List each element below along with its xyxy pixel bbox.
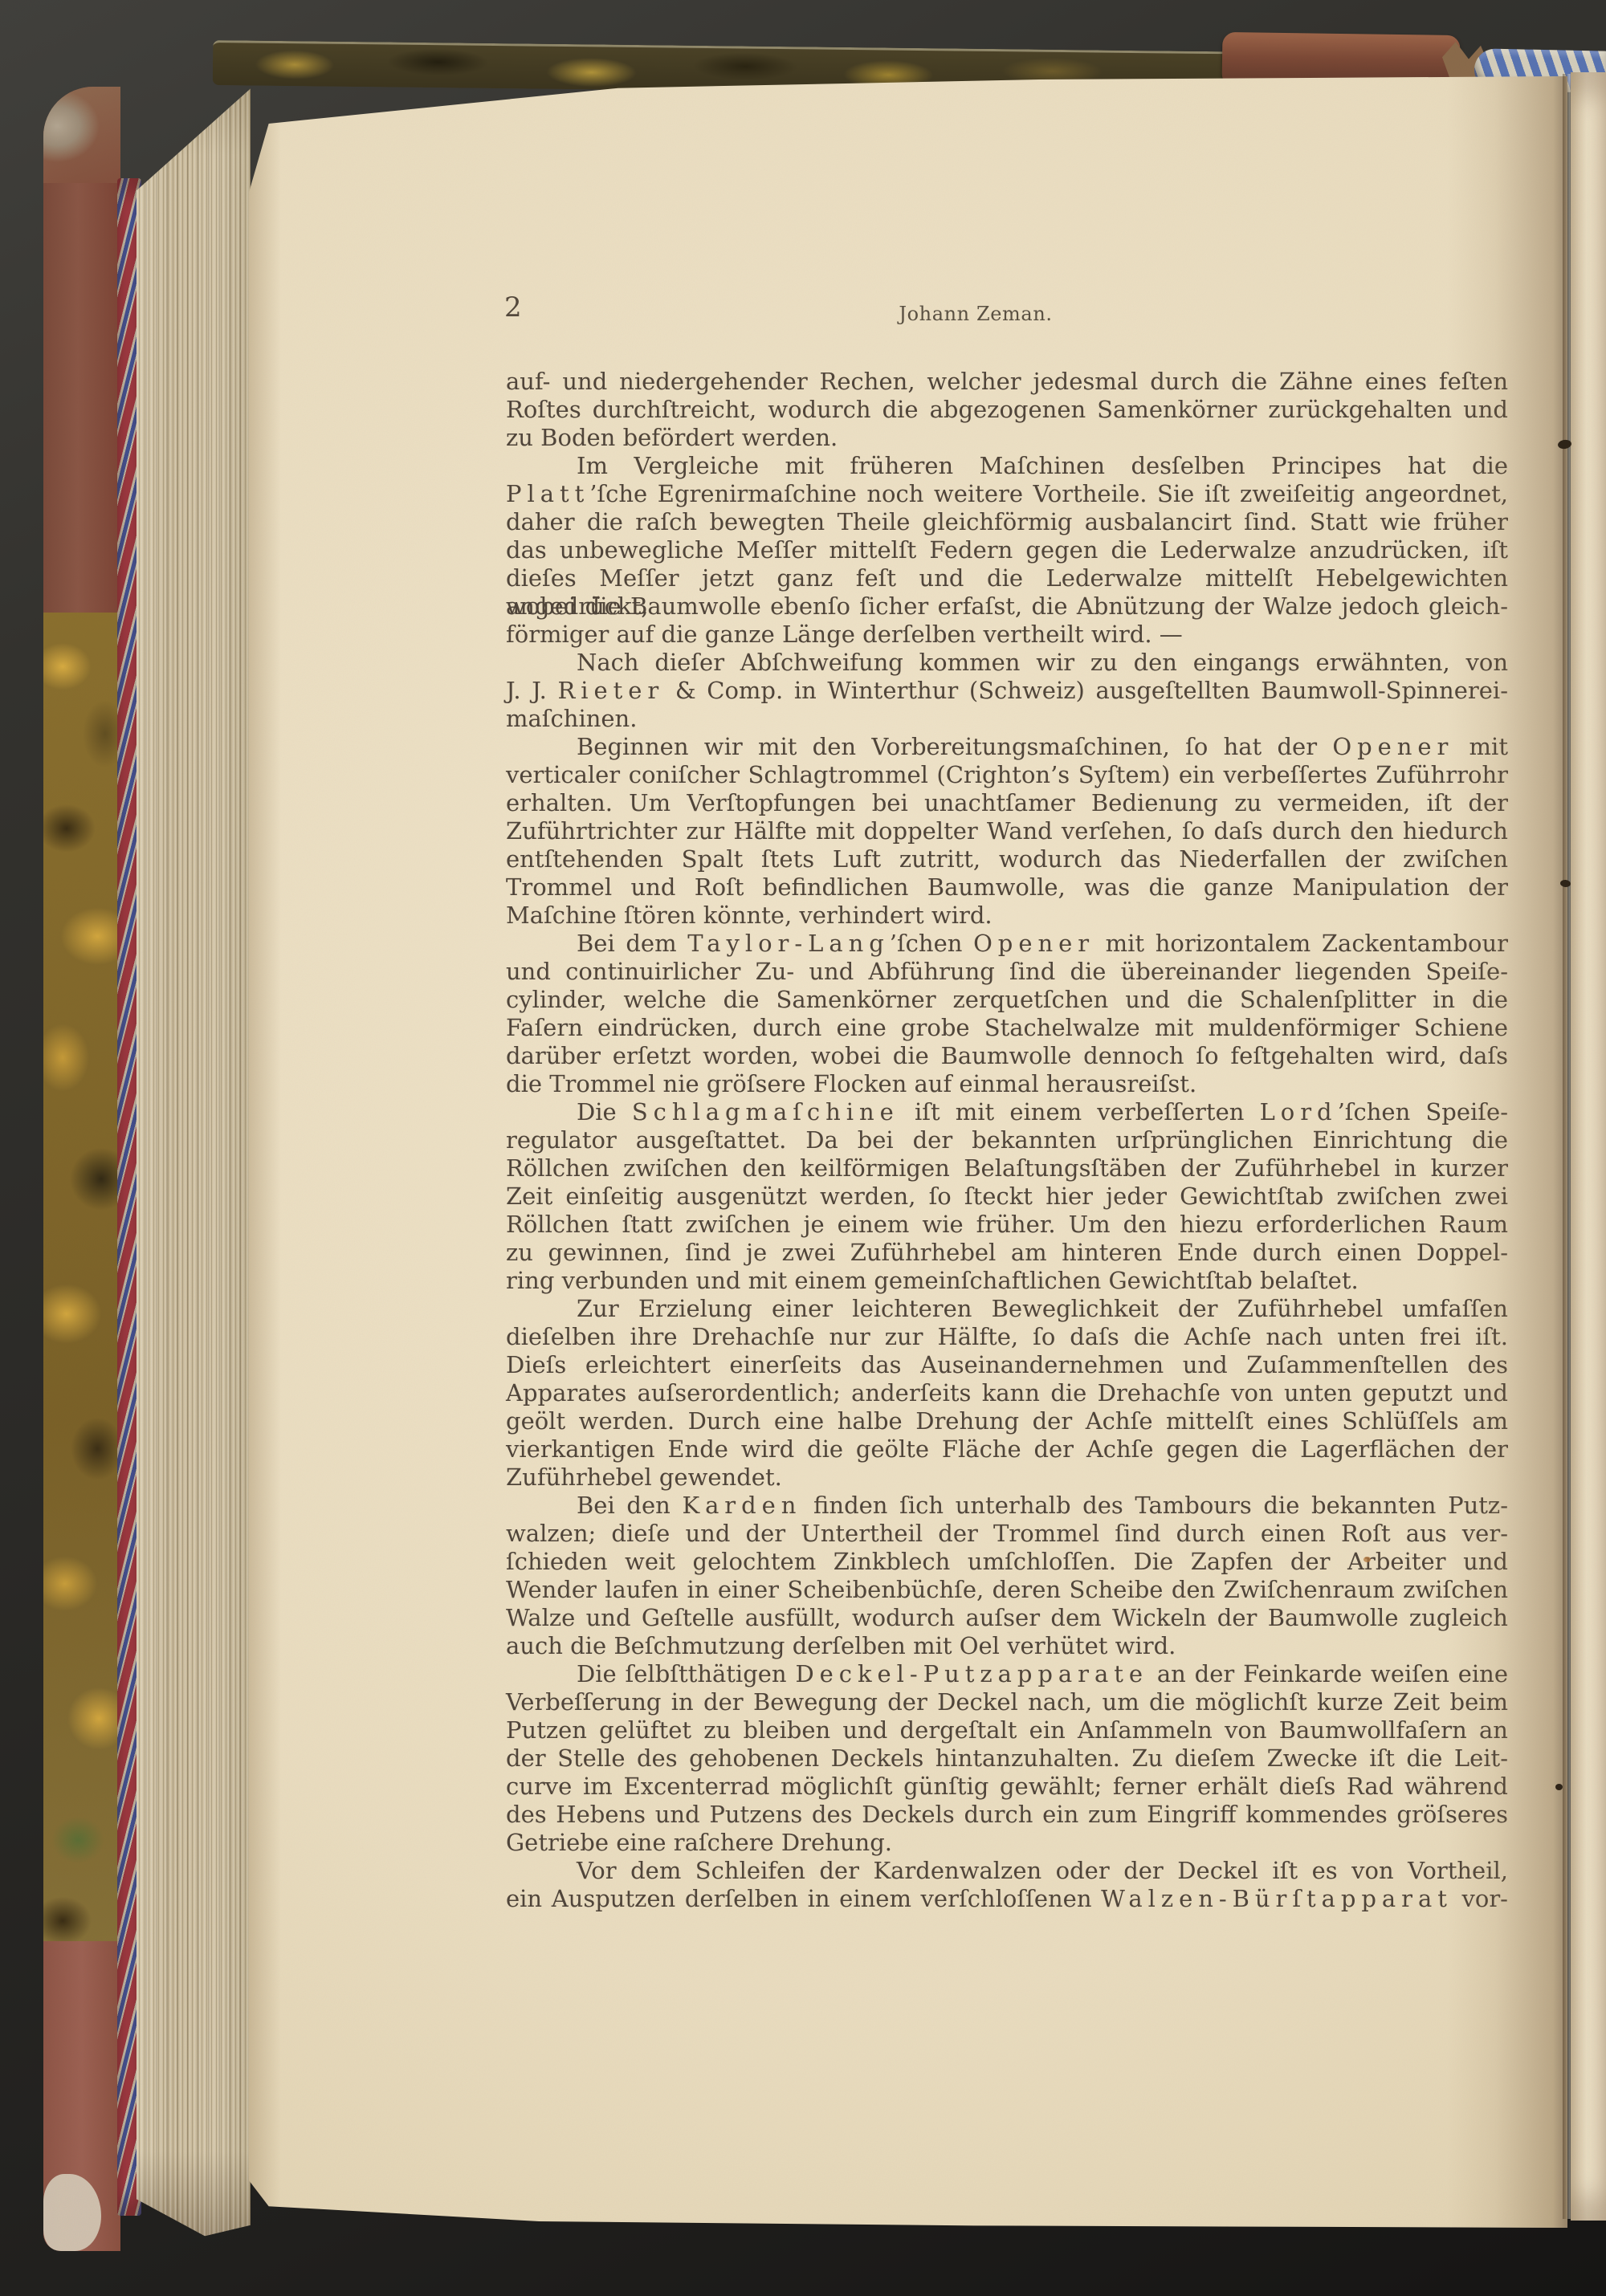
text-line: auch die Beſchmutzung derſelben mit Oel … — [506, 1632, 1508, 1660]
text-line: Faſern eindrücken, durch eine grobe Stac… — [506, 1014, 1508, 1042]
text-line: ſchieden weit gelochtem Zinkblech umſchl… — [506, 1548, 1508, 1576]
binding-speck — [1555, 1784, 1563, 1790]
text-line: entſtehenden Spalt ſtets Luft zutritt, w… — [506, 845, 1508, 873]
text-line: Im Vergleiche mit früheren Maſchinen des… — [506, 452, 1508, 480]
text-line: Walze und Geſtelle ausfüllt, wodurch auſ… — [506, 1604, 1508, 1632]
paragraph: Nach dieſer Abſchweifung kommen wir zu d… — [506, 649, 1508, 733]
letterspaced-term: Walzen-Bürſtapparat — [1101, 1885, 1453, 1912]
page-fore-edge-stack — [137, 69, 251, 2238]
text-line: der Stelle des gehobenen Deckels hintanz… — [506, 1744, 1508, 1773]
text-line: Zuführtrichter zur Hälfte mit doppelter … — [506, 817, 1508, 845]
text-line: regulator ausgeſtattet. Da bei der bekan… — [506, 1126, 1508, 1154]
text-line: des Hebens und Putzens des Deckels durch… — [506, 1801, 1508, 1829]
book-cover-edge — [43, 87, 120, 2251]
text-line: Röllchen zwiſchen den keilförmigen Belaſ… — [506, 1154, 1508, 1183]
text-line: Bei den Karden finden ſich unterhalb des… — [506, 1492, 1508, 1520]
text-line: die Trommel nie gröſsere Flocken auf ein… — [506, 1070, 1508, 1098]
text-line: Zeit einſeitig ausgenützt werden, ſo ſte… — [506, 1183, 1508, 1211]
paragraph: Bei dem Taylor-Lang’ſchen Opener mit hor… — [506, 930, 1508, 1098]
text-line: Die ſelbſtthätigen Deckel-Putzapparate a… — [506, 1660, 1508, 1688]
paragraph: auf- und niedergehender Rechen, welcher … — [506, 368, 1508, 452]
text-line: das unbewegliche Meſſer mittelſt Federn … — [506, 536, 1508, 564]
letterspaced-term: Karden — [682, 1492, 801, 1519]
text-line: wobei die Baumwolle ebenſo ſicher erfaſs… — [506, 592, 1508, 621]
text-line: Wender laufen in einer Scheibenbüchſe, d… — [506, 1576, 1508, 1604]
foxing-spot — [1363, 1557, 1371, 1562]
open-book-page: 2 Johann Zeman. auf- und niedergehender … — [249, 76, 1567, 2228]
text-line: Die Schlagmaſchine iſt mit einem verbeſſ… — [506, 1098, 1508, 1126]
text-line: Beginnen wir mit den Vorbereitungsmaſchi… — [506, 733, 1508, 761]
running-header: Johann Zeman. — [506, 303, 1445, 325]
text-block: auf- und niedergehender Rechen, welcher … — [506, 368, 1508, 1913]
letterspaced-term: Taylor-Lang — [687, 930, 890, 957]
text-line: Zuführhebel gewendet. — [506, 1463, 1508, 1492]
text-line: vierkantigen Ende wird die geölte Fläche… — [506, 1435, 1508, 1463]
text-line: verticaler coniſcher Schlagtrommel (Crig… — [506, 761, 1508, 789]
text-line: Röllchen ſtatt zwiſchen je einem wie frü… — [506, 1211, 1508, 1239]
text-line: Platt’ſche Egrenirmaſchine noch weitere … — [506, 480, 1508, 508]
paragraph: Zur Erzielung einer leichteren Beweglich… — [506, 1295, 1508, 1492]
letterspaced-term: Lord — [1260, 1098, 1338, 1126]
paragraph: Im Vergleiche mit früheren Maſchinen des… — [506, 452, 1508, 649]
letterspaced-term: Opener — [1332, 733, 1453, 760]
page-curvature-shade — [249, 76, 281, 2228]
text-line: zu Boden befördert werden. — [506, 424, 1508, 452]
text-line: zu gewinnen, ſind je zwei Zuführhebel am… — [506, 1239, 1508, 1267]
text-line: Zur Erzielung einer leichteren Beweglich… — [506, 1295, 1508, 1323]
text-line: maſchinen. — [506, 705, 1508, 733]
book-scan-photo: 2 Johann Zeman. auf- und niedergehender … — [0, 0, 1606, 2296]
text-line: geölt werden. Durch eine halbe Drehung d… — [506, 1407, 1508, 1435]
text-line: daher die raſch bewegten Theile gleichfö… — [506, 508, 1508, 536]
letterspaced-term: Rieter — [557, 677, 664, 704]
text-line: erhalten. Um Verſtopfungen bei unachtſam… — [506, 789, 1508, 817]
text-line: Dieſs erleichtert einerſeits das Auseina… — [506, 1351, 1508, 1379]
text-line: Apparates auſserordentlich; anderſeits k… — [506, 1379, 1508, 1407]
text-line: darüber erſetzt worden, wobei die Baumwo… — [506, 1042, 1508, 1070]
text-line: Roſtes durchſtreicht, wodurch die abgezo… — [506, 396, 1508, 424]
text-line: Bei dem Taylor-Lang’ſchen Opener mit hor… — [506, 930, 1508, 958]
text-line: und continuirlicher Zu- und Abführung ſi… — [506, 958, 1508, 986]
text-line: J. J. Rieter & Comp. in Winterthur (Schw… — [506, 677, 1508, 705]
text-line: walzen; dieſe und der Untertheil der Tro… — [506, 1520, 1508, 1548]
text-line: dieſelben ihre Drehachſe nur zur Hälfte,… — [506, 1323, 1508, 1351]
text-line: Maſchine ſtören könnte, verhindert wird. — [506, 902, 1508, 930]
text-line: auf- und niedergehender Rechen, welcher … — [506, 368, 1508, 396]
adjacent-page-sliver — [1571, 72, 1606, 2221]
text-line: ein Ausputzen derſelben in einem verſchl… — [506, 1885, 1508, 1913]
text-line: förmiger auf die ganze Länge derſelben v… — [506, 621, 1508, 649]
cover-leather-top — [43, 183, 120, 633]
letterspaced-term: Deckel-Putzapparate — [795, 1660, 1148, 1687]
letterspaced-term: Platt — [506, 480, 589, 507]
text-line: cylinder, welche die Samenkörner zerquet… — [506, 986, 1508, 1014]
text-line: Putzen gelüftet zu bleiben und dergeſtal… — [506, 1716, 1508, 1744]
text-line: Vor dem Schleifen der Kardenwalzen oder … — [506, 1857, 1508, 1885]
text-line: Getriebe eine raſchere Drehung. — [506, 1829, 1508, 1857]
text-line: Verbeſſerung in der Bewegung der Deckel … — [506, 1688, 1508, 1716]
gutter-shadow — [1447, 76, 1567, 2228]
letterspaced-term: Opener — [973, 930, 1094, 957]
text-line: Nach dieſer Abſchweifung kommen wir zu d… — [506, 649, 1508, 677]
paragraph: Bei den Karden finden ſich unterhalb des… — [506, 1492, 1508, 1660]
paragraph: Beginnen wir mit den Vorbereitungsmaſchi… — [506, 733, 1508, 930]
paragraph: Die ſelbſtthätigen Deckel-Putzapparate a… — [506, 1660, 1508, 1857]
paragraph: Die Schlagmaſchine iſt mit einem verbeſſ… — [506, 1098, 1508, 1295]
paragraph: Vor dem Schleifen der Kardenwalzen oder … — [506, 1857, 1508, 1913]
text-line: Trommel und Roſt befindlichen Baumwolle,… — [506, 873, 1508, 902]
letterspaced-term: Schlagmaſchine — [632, 1098, 899, 1126]
text-line: dieſes Meſſer jetzt ganz feſt und die Le… — [506, 564, 1508, 592]
text-line: curve im Excenterrad möglichſt günſtig g… — [506, 1773, 1508, 1801]
text-line: ring verbunden und mit einem gemeinſchaf… — [506, 1267, 1508, 1295]
cover-marbled-board — [43, 613, 120, 1961]
